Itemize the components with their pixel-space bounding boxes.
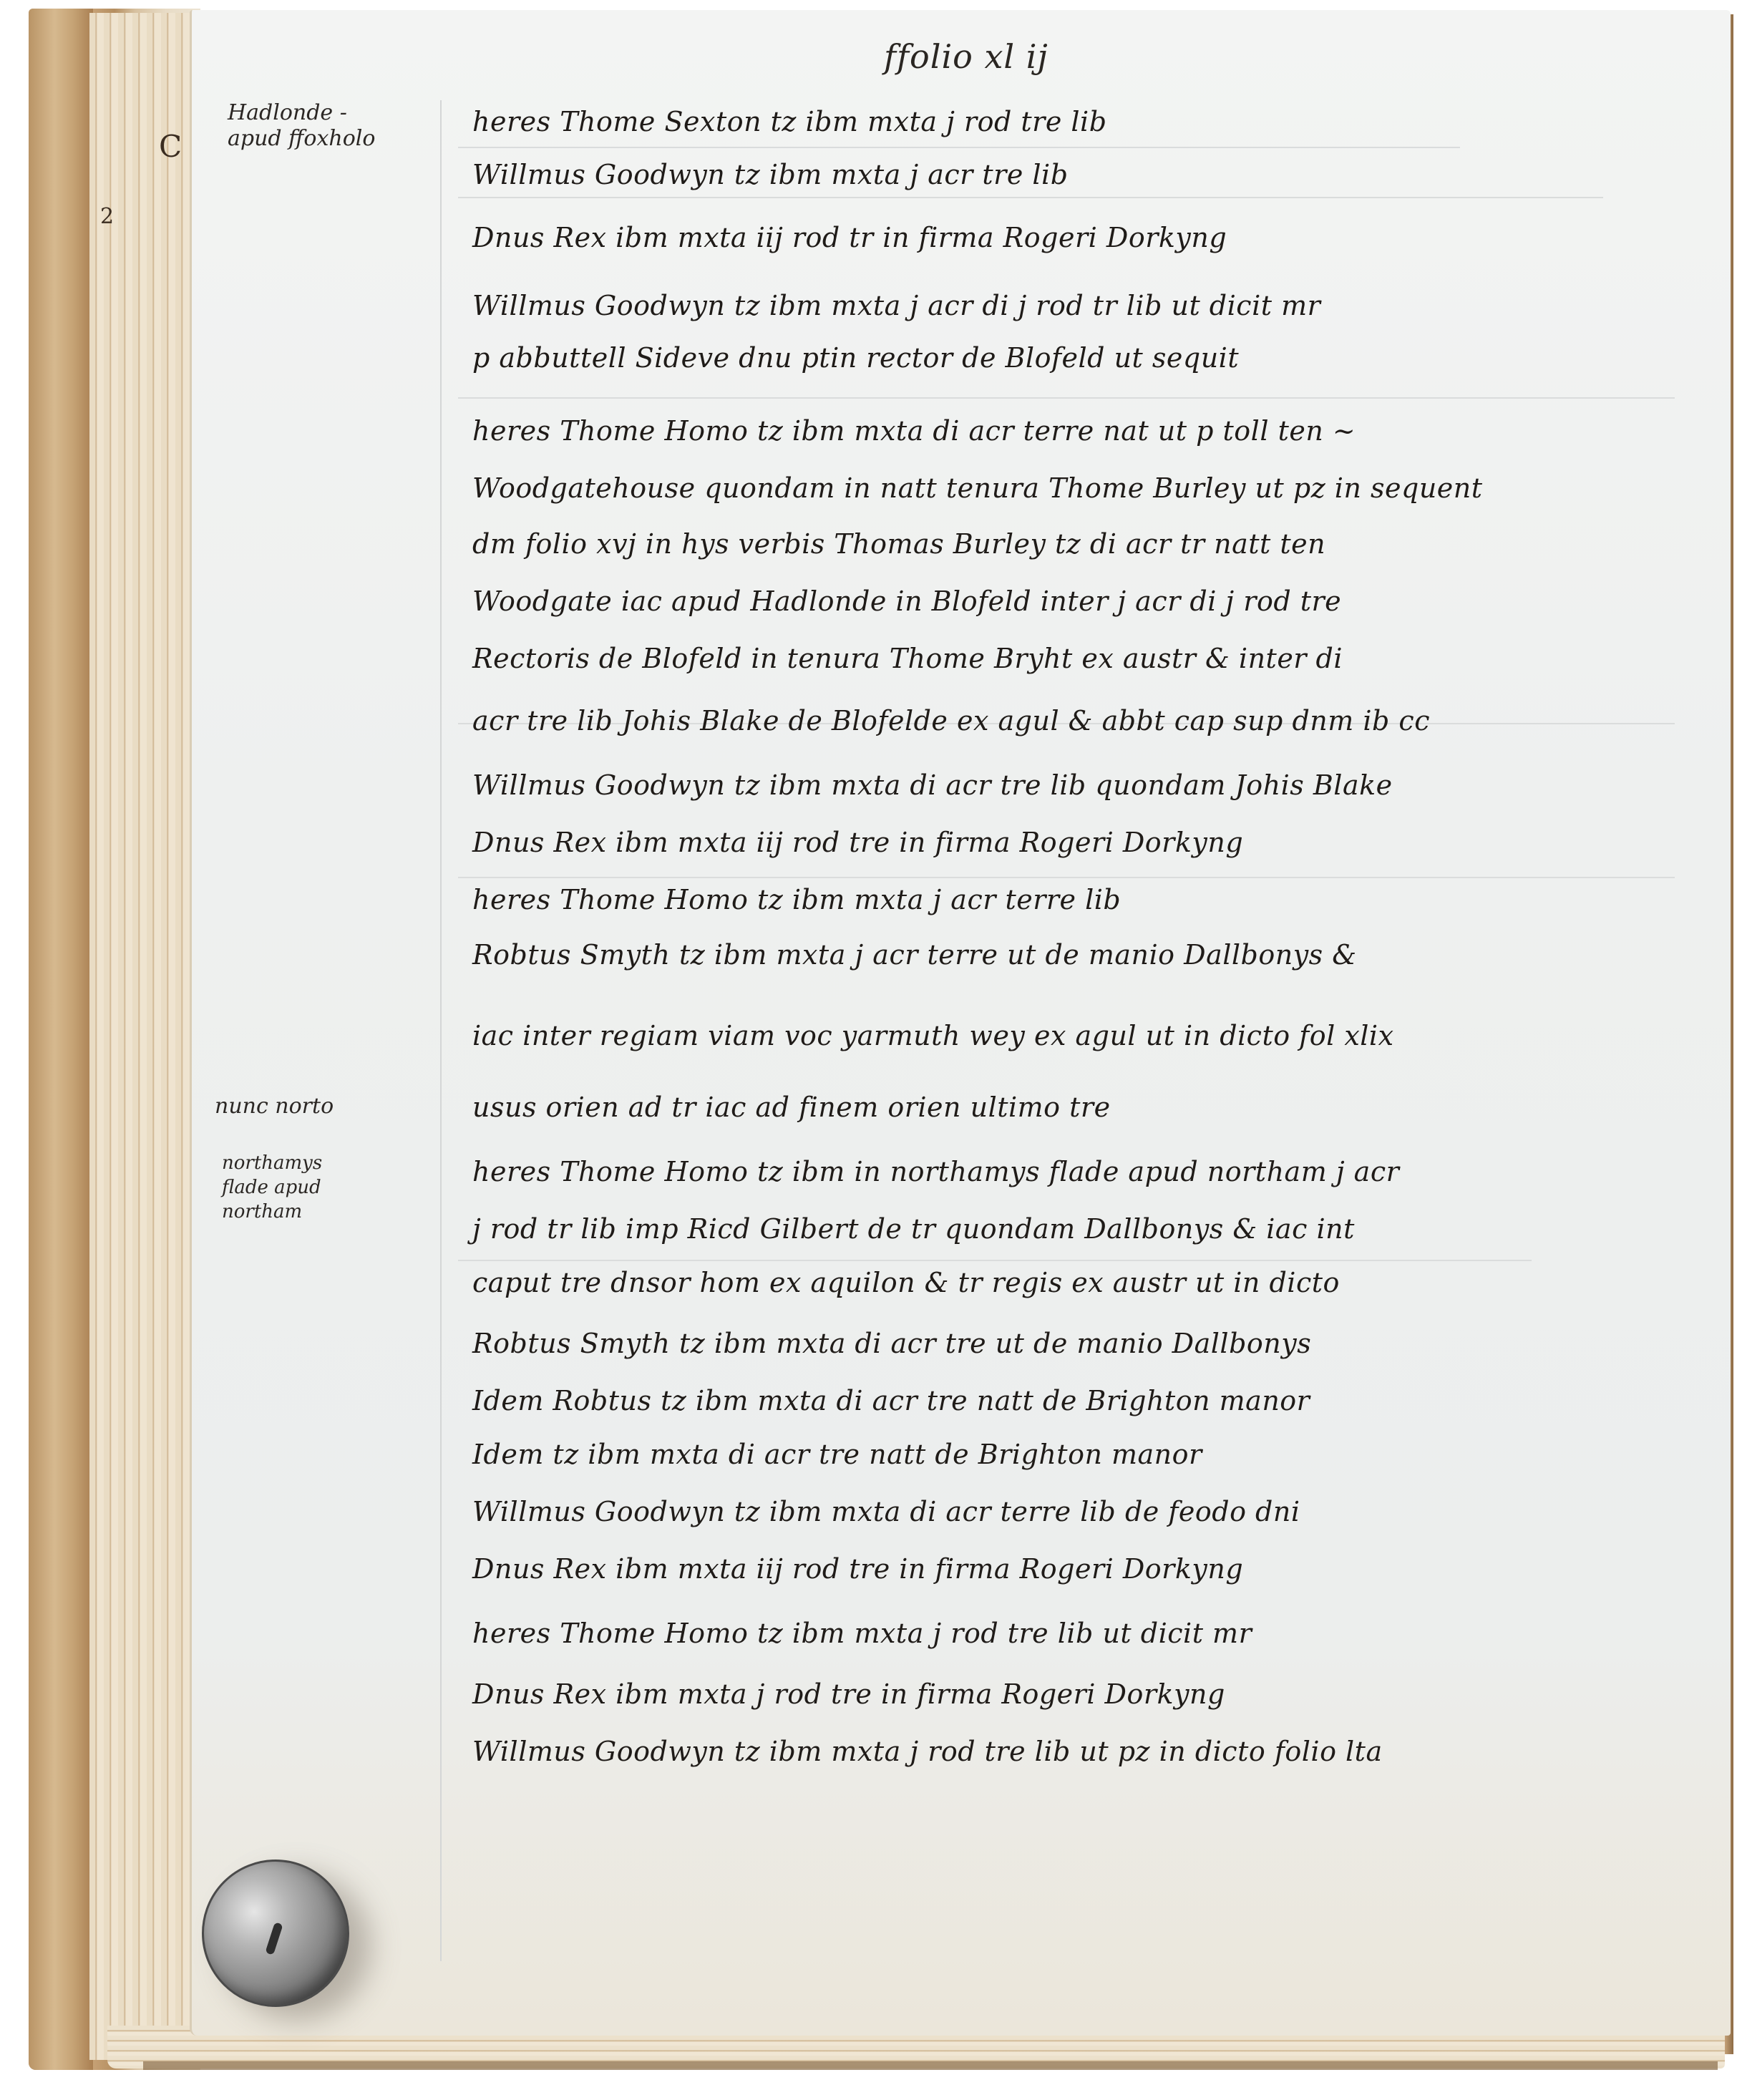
spine-mark-2: 2 xyxy=(100,204,114,229)
text-line-3: Dnus Rex ibm mxta iij rod tr in firma Ro… xyxy=(472,222,1227,253)
text-line-13: Dnus Rex ibm mxta iij rod tre in firma R… xyxy=(472,827,1243,858)
margin-note-line: flade apud xyxy=(222,1175,422,1200)
ruled-line xyxy=(458,397,1675,399)
text-line-18: heres Thome Homo tz ibm in northamys fla… xyxy=(472,1156,1399,1187)
text-line-17: usus orien ad tr iac ad finem orien ulti… xyxy=(472,1092,1111,1123)
text-line-16: iac inter regiam viam voc yarmuth wey ex… xyxy=(472,1020,1394,1051)
boss-scratch-mark xyxy=(265,1922,283,1955)
page-stack-edges xyxy=(89,13,204,2060)
spine-mark-c: C xyxy=(159,129,182,164)
margin-note-line: northam xyxy=(222,1200,422,1224)
ruled-line xyxy=(458,147,1460,148)
text-line-22: Idem Robtus tz ibm mxta di acr tre natt … xyxy=(472,1385,1310,1416)
text-line-19: j rod tr lib imp Ricd Gilbert de tr quon… xyxy=(472,1213,1355,1245)
text-line-28: Willmus Goodwyn tz ibm mxta j rod tre li… xyxy=(472,1736,1383,1767)
margin-note-line: Hadlonde - xyxy=(228,100,428,126)
text-line-26: heres Thome Homo tz ibm mxta j rod tre l… xyxy=(472,1618,1252,1649)
text-line-12: Willmus Goodwyn tz ibm mxta di acr tre l… xyxy=(472,769,1393,801)
book-spine xyxy=(29,9,93,2070)
margin-note-hadlonde: Hadlonde - apud ffoxholo xyxy=(228,100,428,152)
margin-ruling-line xyxy=(440,100,442,1961)
text-line-20: caput tre dnsor hom ex aquilon & tr regi… xyxy=(472,1267,1340,1298)
text-line-8: dm folio xvj in hys verbis Thomas Burley… xyxy=(472,528,1325,560)
ruled-line xyxy=(458,1260,1532,1261)
text-line-15: Robtus Smyth tz ibm mxta j acr terre ut … xyxy=(472,939,1357,971)
cover-bottom-edge xyxy=(143,2061,1718,2070)
text-line-25: Dnus Rex ibm mxta iij rod tre in firma R… xyxy=(472,1553,1243,1585)
metal-clasp-boss xyxy=(202,1860,349,2007)
text-line-21: Robtus Smyth tz ibm mxta di acr tre ut d… xyxy=(472,1328,1311,1359)
text-line-23: Idem tz ibm mxta di acr tre natt de Brig… xyxy=(472,1439,1202,1470)
text-line-11: acr tre lib Johis Blake de Blofelde ex a… xyxy=(472,705,1430,737)
text-line-5: p abbuttell Sideve dnu ptin rector de Bl… xyxy=(472,342,1239,374)
text-line-27: Dnus Rex ibm mxta j rod tre in firma Rog… xyxy=(472,1678,1225,1710)
text-line-9: Woodgate iac apud Hadlonde in Blofeld in… xyxy=(472,585,1341,617)
folio-number: ffolio xl ij xyxy=(884,37,1048,76)
margin-note-line: northamys xyxy=(222,1151,422,1175)
text-line-1: heres Thome Sexton tz ibm mxta j rod tre… xyxy=(472,106,1107,137)
text-line-7: Woodgatehouse quondam in natt tenura Tho… xyxy=(472,472,1483,504)
ruled-line xyxy=(458,197,1603,198)
margin-note-northamys: northamys flade apud northam xyxy=(222,1151,422,1224)
text-line-4: Willmus Goodwyn tz ibm mxta j acr di j r… xyxy=(472,290,1320,321)
margin-note-line: nunc norto xyxy=(215,1094,415,1119)
text-line-2: Willmus Goodwyn tz ibm mxta j acr tre li… xyxy=(472,159,1069,190)
text-line-24: Willmus Goodwyn tz ibm mxta di acr terre… xyxy=(472,1496,1300,1527)
text-line-10: Rectoris de Blofeld in tenura Thome Bryh… xyxy=(472,643,1343,674)
text-line-6: heres Thome Homo tz ibm mxta di acr terr… xyxy=(472,415,1356,447)
text-line-14: heres Thome Homo tz ibm mxta j acr terre… xyxy=(472,884,1121,915)
margin-note-line: apud ffoxholo xyxy=(228,126,428,152)
ruled-line xyxy=(458,877,1675,878)
margin-note-nunc-norto: nunc norto xyxy=(215,1094,415,1119)
